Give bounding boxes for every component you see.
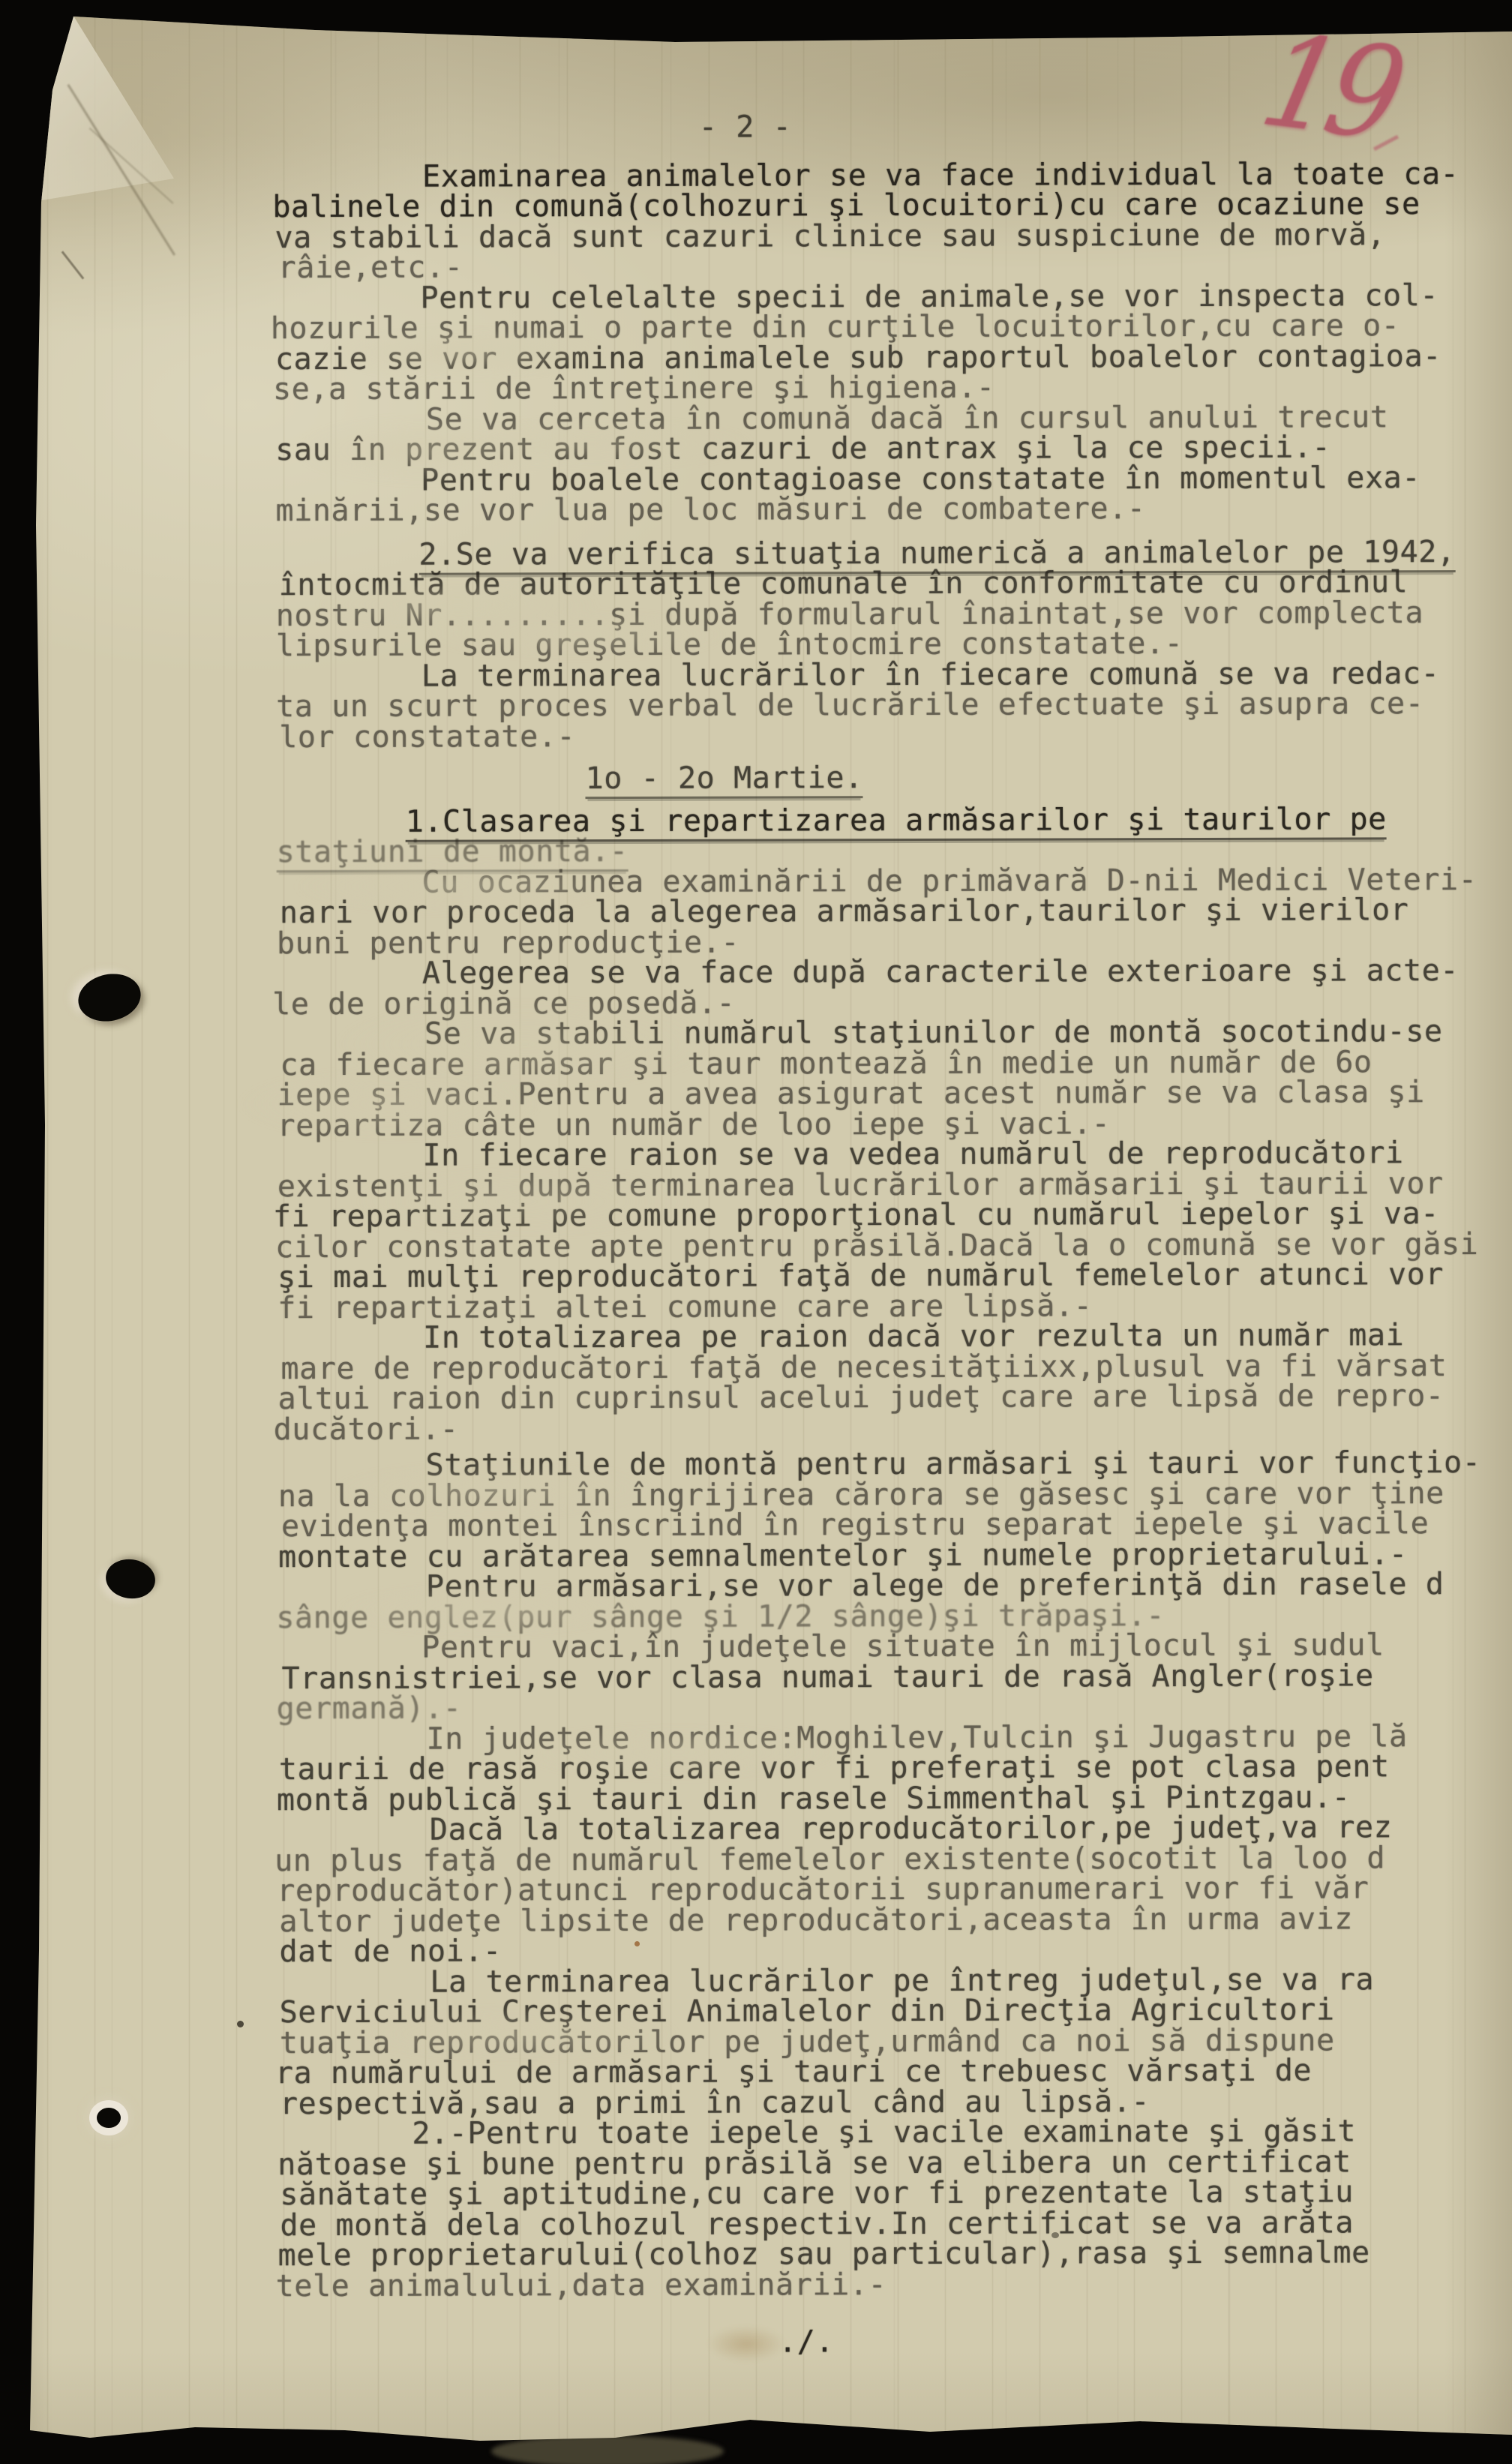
typed-line: minării,se vor lua pe loc măsuri de comb… <box>275 491 1512 524</box>
typed-line: 1o - 2o Martie. <box>271 759 1512 793</box>
typed-line-text: nari vor proceda la alegerea armăsarilor… <box>280 893 1409 930</box>
typed-line: evidenţa montei înscriind în registru se… <box>281 1506 1512 1540</box>
typed-line: Se va cerceta în comună dacă în cursul a… <box>278 399 1512 433</box>
typed-line: cilor constatate apte pentru prăsilă.Dac… <box>275 1226 1512 1260</box>
typed-line: La terminarea lucrărilor în fiecare comu… <box>274 656 1512 689</box>
typed-line-text: tele animalului,data examinării.- <box>276 2267 887 2303</box>
typed-line: va stabili dacă sunt cazuri clinice sau … <box>274 217 1512 251</box>
typed-line-text: altor judeţe lipsite de reproducători,ac… <box>279 1901 1353 1939</box>
punch-hole <box>103 1556 158 1602</box>
typed-line: In fiecare raion se va vedea numărul de … <box>275 1136 1512 1169</box>
crease-line <box>67 84 175 256</box>
typed-line: taurii de rasă roşie care vor fi prefera… <box>279 1749 1512 1783</box>
typed-line: altui raion din cuprinsul acelui judeţ c… <box>278 1379 1512 1412</box>
typed-line: un plus faţă de numărul femelelor existe… <box>274 1840 1512 1874</box>
typed-line: sau în prezent au fost cazuri de antrax … <box>275 430 1512 464</box>
typed-line: ./. <box>280 2323 1512 2357</box>
typed-line: In judeţele nordice:Moghilev,Tulcin şi J… <box>279 1718 1512 1752</box>
typed-line: Pentru celelalte specii de animale,se vo… <box>273 278 1512 311</box>
photo-background: { "page": { "page_number_typed": "- 2 -"… <box>0 0 1512 2464</box>
typed-line-text: minării,se vor lua pe loc măsuri de comb… <box>275 491 1145 528</box>
typed-line: râie,etc.- <box>278 248 1512 281</box>
typed-line: reproducător)atunci reproducătorii supra… <box>277 1871 1512 1904</box>
document-page: - 2 -Examinarea animalelor se va face in… <box>0 0 1512 2464</box>
typed-line: Serviciului Creşterei Animalelor din Dir… <box>280 1992 1512 2026</box>
typed-line: existenţi şi după terminarea lucrărilor … <box>277 1166 1512 1199</box>
typed-line: le de origină ce posedă.- <box>272 983 1512 1017</box>
typed-line: repartiza câte un număr de loo iepe şi v… <box>277 1105 1512 1139</box>
typed-line: de montă dela colhozul respectiv.In cert… <box>280 2204 1512 2238</box>
ink-speck <box>237 2021 244 2027</box>
typed-line: Alegerea se va face după caracterile ext… <box>274 953 1512 987</box>
typed-line-text: 1o - 2o Martie. <box>586 761 863 799</box>
typed-line: ra numărului de armăsari şi tauri ce tre… <box>275 2053 1512 2087</box>
typed-line-text: ducători.- <box>274 1412 459 1447</box>
typed-line: Staţiunile de montă pentru armăsari şi t… <box>278 1445 1512 1479</box>
typed-line: 2.-Pentru toate iepele şi vacile examina… <box>283 2114 1512 2147</box>
typed-line-text: lor constatate.- <box>279 719 575 755</box>
typed-line: mare de reproducători faţă de necesităţi… <box>280 1348 1512 1382</box>
typed-line: nătoase şi bune pentru prăsilă se va eli… <box>277 2144 1512 2177</box>
typed-line: se,a stării de întreţinere şi higiena.- <box>273 369 1512 403</box>
punch-hole <box>97 2108 121 2128</box>
typed-line: ta un scurt proces verbal de lucrările e… <box>276 686 1512 720</box>
typed-line: balinele din comună(colhozuri şi locuito… <box>272 187 1512 221</box>
typed-line: fi repartizaţi altei comune care are lip… <box>277 1287 1512 1321</box>
typed-line: montate cu arătarea semnalmentelor şi nu… <box>278 1536 1512 1570</box>
typed-line: ca fiecare armăsar şi taur montează în m… <box>280 1044 1512 1078</box>
crease-line <box>89 128 174 204</box>
typed-line: sânge englez(pur sânge şi 1/2 sânge)şi t… <box>276 1597 1512 1631</box>
typed-line: Dacă la totalizarea reproducătorilor,pe … <box>282 1810 1512 1844</box>
typed-line: hozurile şi numai o parte din curţile lo… <box>271 308 1512 342</box>
next-page-sliver <box>491 2435 724 2464</box>
typed-line: şi mai mulţi reproducători faţă de număr… <box>277 1257 1512 1291</box>
typed-line: Cu ocaziunea examinării de primăvară D-n… <box>274 862 1512 896</box>
typed-line: ducători.- <box>274 1409 1512 1442</box>
typed-line: Se va stabili numărul staţiunilor de mon… <box>277 1014 1512 1048</box>
typed-line: tele animalului,data examinării.- <box>276 2265 1512 2299</box>
typed-line: nostru Nr.........şi după formularul îna… <box>276 595 1512 629</box>
typed-line: germană).- <box>277 1688 1512 1722</box>
typed-line: lor constatate.- <box>279 716 1512 750</box>
typed-line: nari vor proceda la alegerea armăsarilor… <box>280 893 1512 926</box>
typed-line: na la colhozuri în îngrijirea cărora se … <box>278 1475 1512 1509</box>
typed-line-text: ./. <box>778 2324 834 2359</box>
typed-line: In totalizarea pe raion dacă vor rezulta… <box>275 1318 1512 1352</box>
typed-line: 2.Se va verifica situaţia numerică a ani… <box>271 534 1512 568</box>
typed-line-text: - 2 - <box>699 110 792 144</box>
typed-line: întocmită de autorităţile comunale în co… <box>279 565 1512 599</box>
typed-line: cazie se vor examina animalele sub rapor… <box>275 338 1512 372</box>
typed-line: sănătate şi aptitudine,cu care vor fi pr… <box>280 2174 1512 2208</box>
typed-line: Transnistriei,se vor clasa numai tauri d… <box>281 1658 1512 1691</box>
typed-line: La terminarea lucrărilor pe întreg judeţ… <box>283 1961 1512 1995</box>
typed-line: altor judeţe lipsite de reproducători,ac… <box>279 1901 1512 1934</box>
typed-line: Pentru armăsari,se vor alege de preferin… <box>278 1567 1512 1601</box>
typed-line: mele proprietarului(colhoz sau particula… <box>278 2235 1512 2269</box>
typed-line: respectivă,sau a primi în cazul când au … <box>280 2083 1512 2117</box>
typed-line: montă publică şi tauri din rasele Simmen… <box>277 1779 1512 1813</box>
typed-line: iepe şi vaci.Pentru a avea asigurat aces… <box>277 1075 1512 1109</box>
folded-corner <box>0 0 240 240</box>
punch-hole <box>73 968 145 1027</box>
typed-line: fi repartizaţi pe comune proporţional cu… <box>273 1196 1512 1230</box>
typed-line: Pentru vaci,în judeţele situate în mijlo… <box>274 1628 1512 1661</box>
edge-tear <box>61 251 85 279</box>
typed-line: Pentru boalele contagioase constatate în… <box>273 460 1512 494</box>
typed-line: tuaţia reproducătorilor pe judeţ,urmând … <box>280 2022 1512 2056</box>
typed-text-body: - 2 -Examinarea animalelor se va face in… <box>274 108 1512 2357</box>
typed-line: 1.Clasarea şi repartizarea armăsarilor ş… <box>277 801 1512 835</box>
